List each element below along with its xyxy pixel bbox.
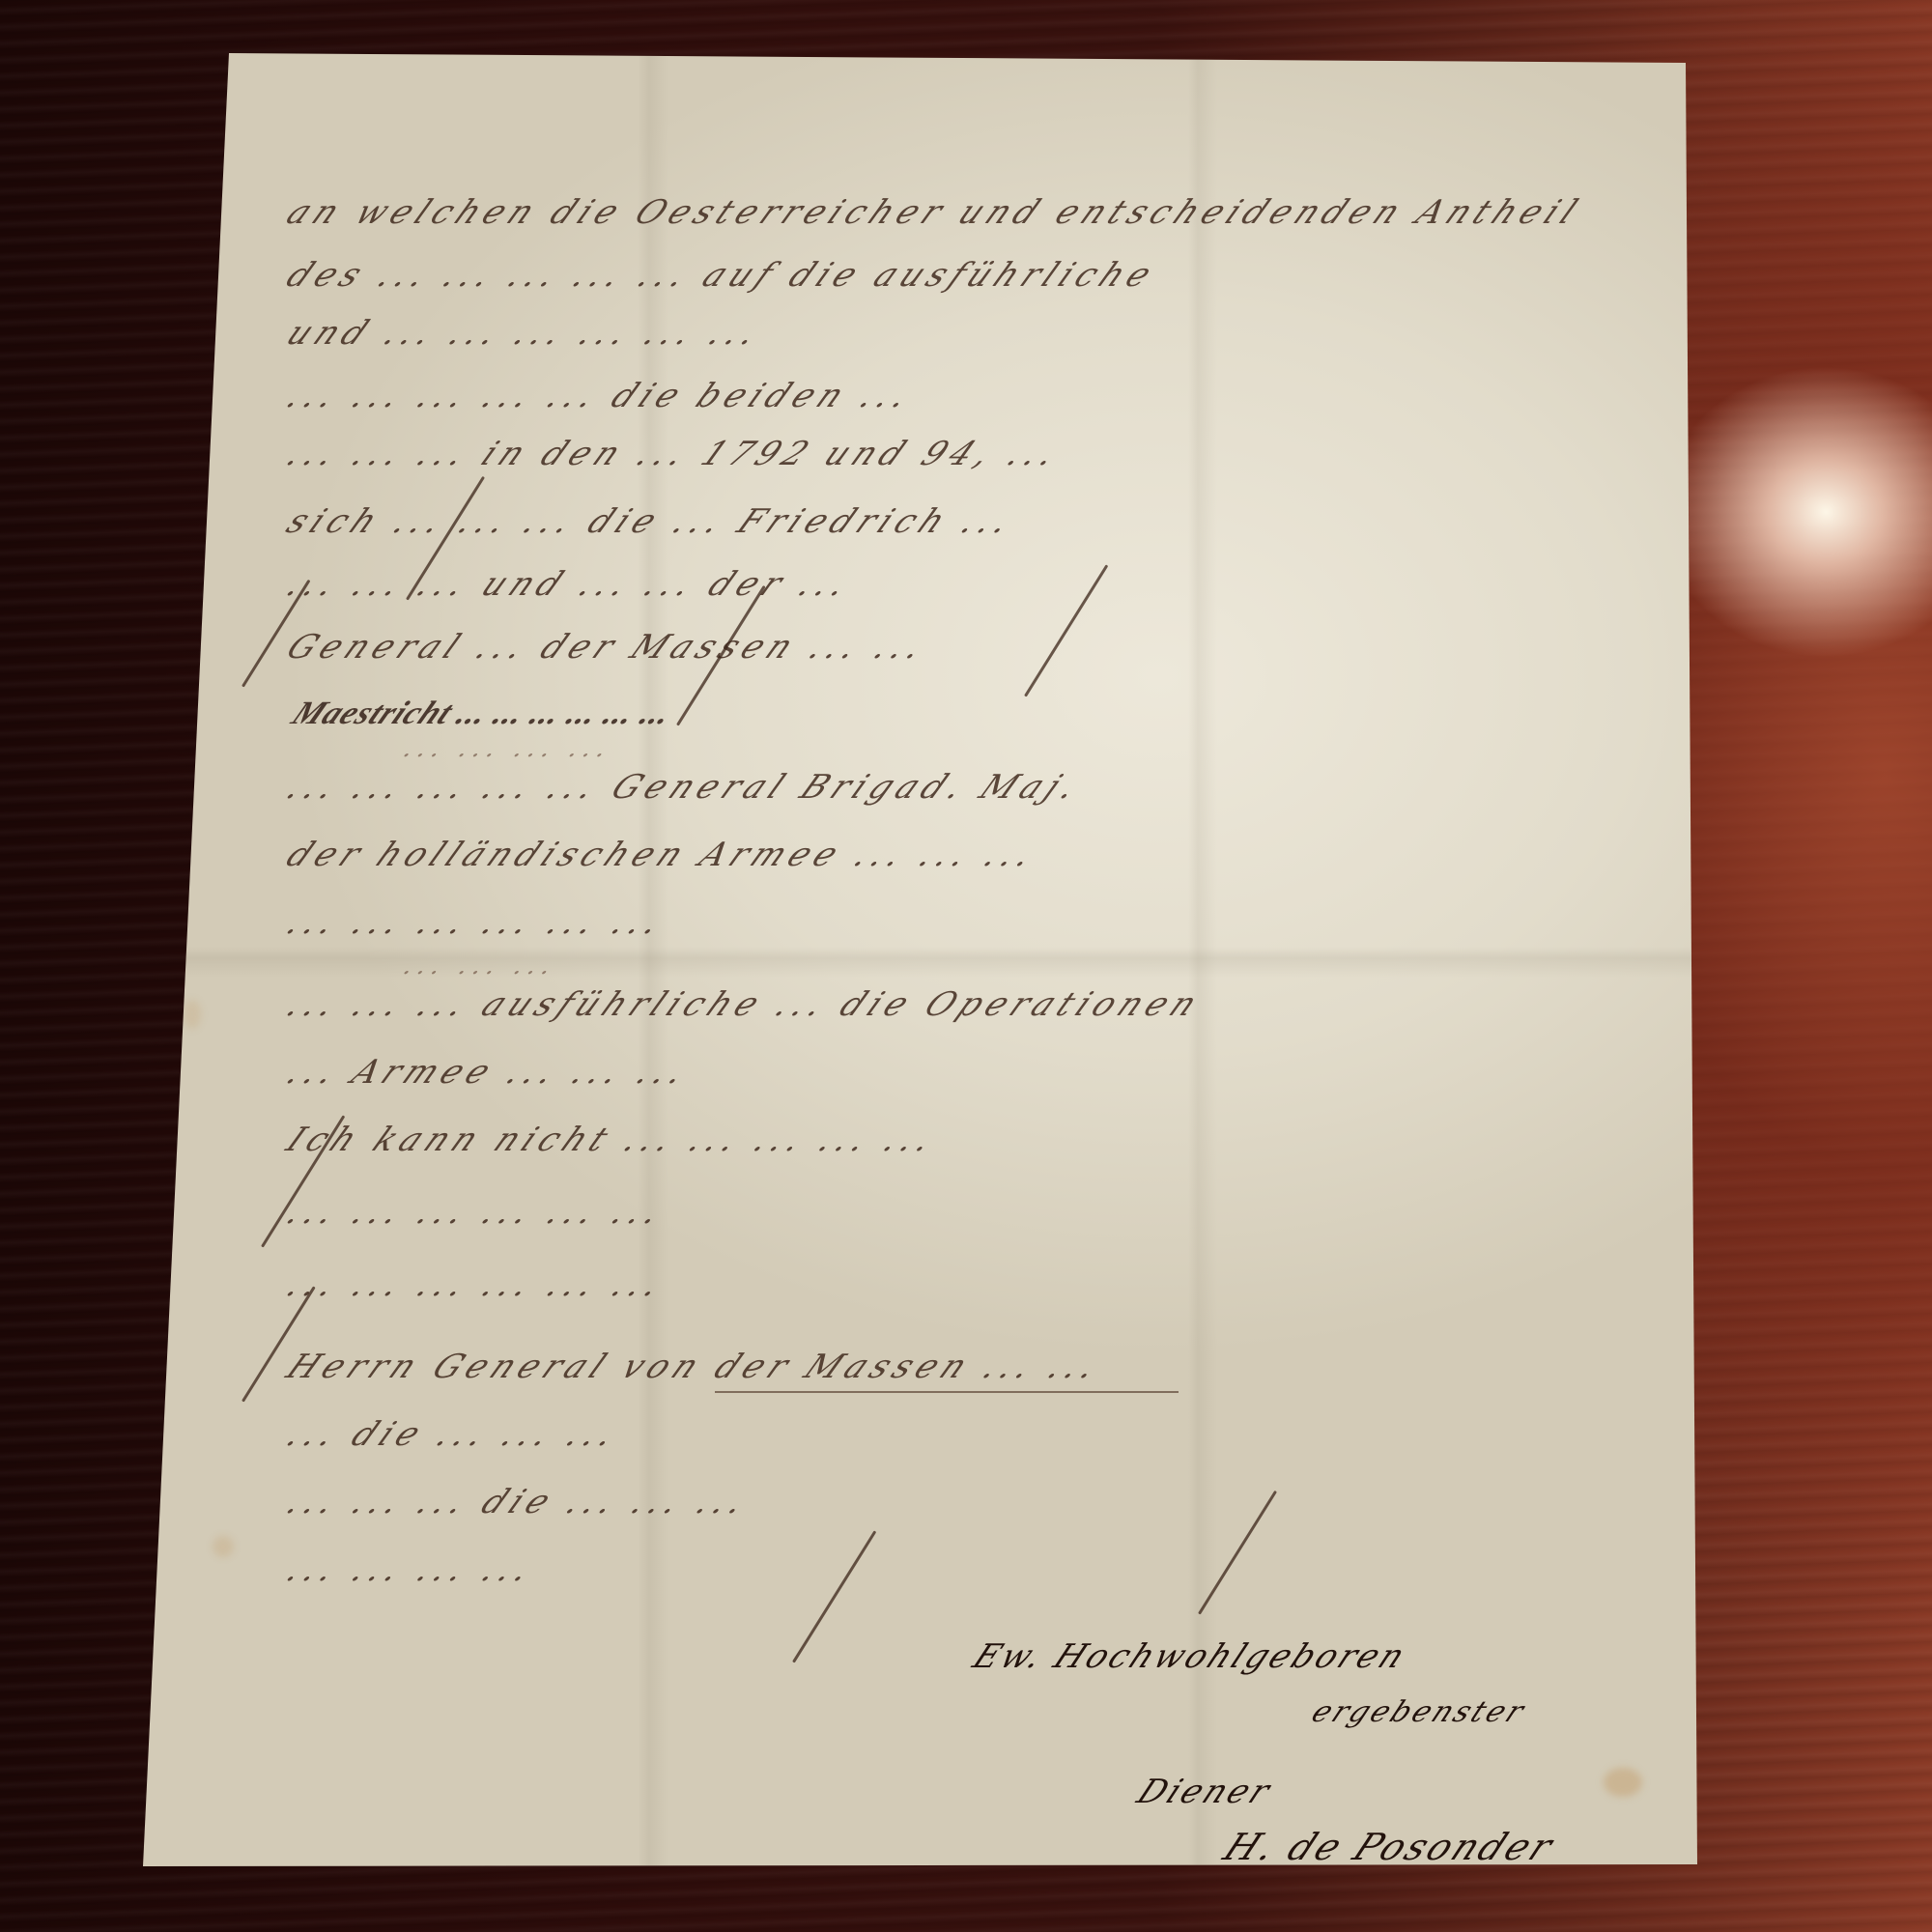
letter-line: sich ... ... ... die ... Friedrich ... [279,502,1023,541]
foxing-stain [1604,1768,1642,1797]
interlinear-insertion: ... ... ... ... [398,734,620,763]
letter-line: ... ... ... ... ... General Brigad. Maj. [279,768,1090,807]
closing-line-3: Diener [1131,1773,1279,1811]
letter-line: ... ... ... ... ... ... [279,1193,673,1232]
letter-line: Herrn General von der Massen ... ... [279,1348,1110,1386]
closing-line-1: Ew. Hochwohlgeboren [967,1637,1414,1676]
letter-line: und ... ... ... ... ... ... [279,314,770,353]
letter-line: ... ... ... ... ... ... [279,903,673,942]
interlinear-insertion: ... ... ... [398,952,565,980]
letter-line: der holländischen Armee ... ... ... [279,836,1045,874]
closing-line-2: ergebenster [1306,1695,1532,1729]
foxing-stain [213,1536,234,1557]
letter-line: ... ... ... und ... ... der ... [279,565,860,604]
letter-line: ... ... ... ... ... ... [279,1265,673,1304]
foxing-stain [184,1000,201,1029]
letter-line: ... die ... ... ... [279,1415,628,1454]
letter-line: ... ... ... ... [279,1550,543,1589]
letter-line: ... ... ... ausführliche ... die Operati… [279,985,1209,1024]
letter-line: des ... ... ... ... ... auf die ausführl… [279,256,1164,295]
signature: H. de Posonder [1217,1826,1562,1868]
letter-line: ... ... ... die ... ... ... [279,1483,757,1521]
letter-line: an welchen die Oesterreicher und entsche… [279,193,1589,232]
letter-line: General ... der Massen ... ... [279,628,935,667]
underline-mark [715,1391,1179,1393]
letter-line: ... ... ... ... ... die beiden ... [279,377,922,415]
letter-line: Maestricht ... ... ... ... ... ... [285,696,680,732]
letter-line: ... Armee ... ... ... [279,1053,697,1092]
letter-line: Ich kann nicht ... ... ... ... ... [279,1121,945,1159]
letter-line: ... ... ... in den ... 1792 und 94, ... [279,435,1068,473]
